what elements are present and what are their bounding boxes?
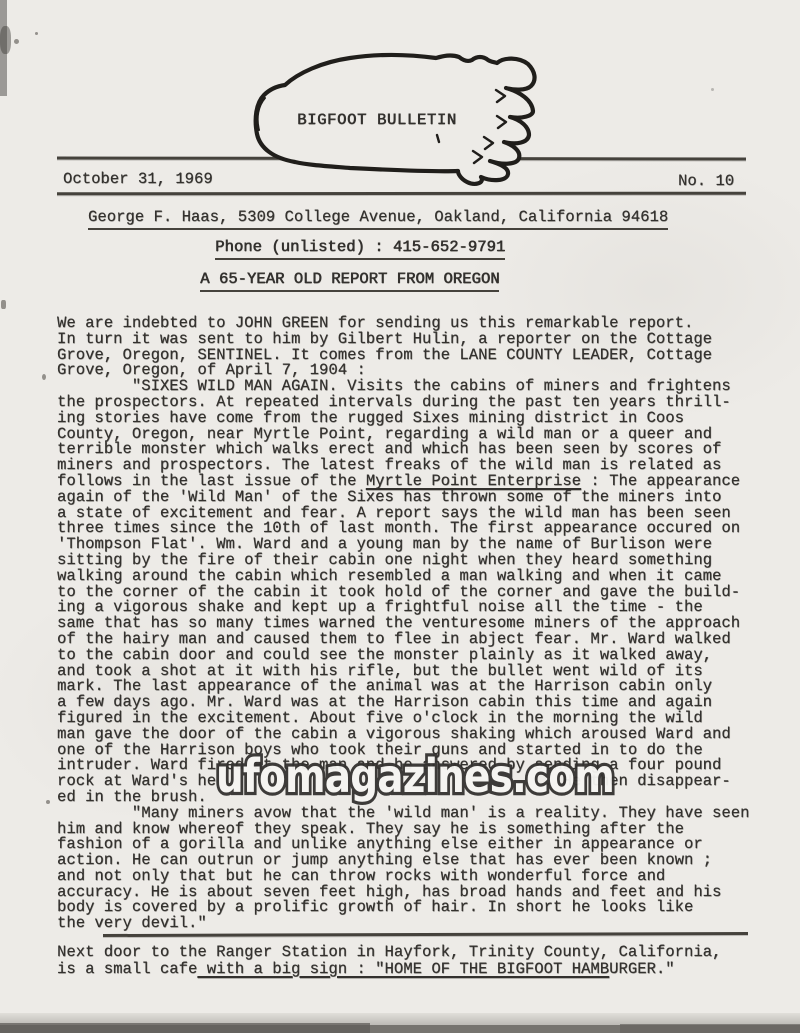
- masthead-rule-bottom: [57, 192, 746, 196]
- issue-number: No. 10: [678, 172, 734, 190]
- text-line: the very devil.": [57, 916, 749, 932]
- watermark-text: ufomagazines.com: [216, 749, 614, 803]
- footnote-rule: [103, 932, 748, 937]
- publisher-address-line: George F. Haas, 5309 College Avenue, Oak…: [88, 208, 668, 230]
- scan-artifact: [14, 39, 19, 44]
- text-line: Next door to the Ranger Station in Hayfo…: [57, 944, 721, 961]
- article-body: We are indebted to JOHN GREEN for sendin…: [57, 316, 749, 932]
- scanned-newsletter-page: BIGFOOT BULLETIN October 31, 1969 No. 10…: [0, 0, 800, 1033]
- scan-artifact-bottom-dark-right: [620, 1024, 800, 1033]
- phone-line: Phone (unlisted) : 415-652-9791: [215, 238, 505, 260]
- newsletter-logo-title: BIGFOOT BULLETIN: [297, 111, 457, 129]
- scan-artifact-bottom-dark-left: [0, 1023, 370, 1033]
- scan-artifact: [46, 800, 50, 804]
- text-line: is a small cafe with a big sign : "HOME …: [57, 961, 721, 978]
- underlined-text: with a big sign : "HOME OF THE BIGFOOT H…: [197, 960, 609, 978]
- scan-artifact: [1, 300, 6, 309]
- watermark: ufomagazines.com: [203, 746, 627, 808]
- scan-artifact: [0, 26, 11, 54]
- scan-artifact: [711, 88, 714, 91]
- issue-date: October 31, 1969: [63, 170, 213, 188]
- scan-artifact: [42, 374, 46, 380]
- footnote-text: Next door to the Ranger Station in Hayfo…: [57, 944, 721, 977]
- scan-artifact: [35, 32, 38, 35]
- article-title: A 65-YEAR OLD REPORT FROM OREGON: [200, 270, 499, 292]
